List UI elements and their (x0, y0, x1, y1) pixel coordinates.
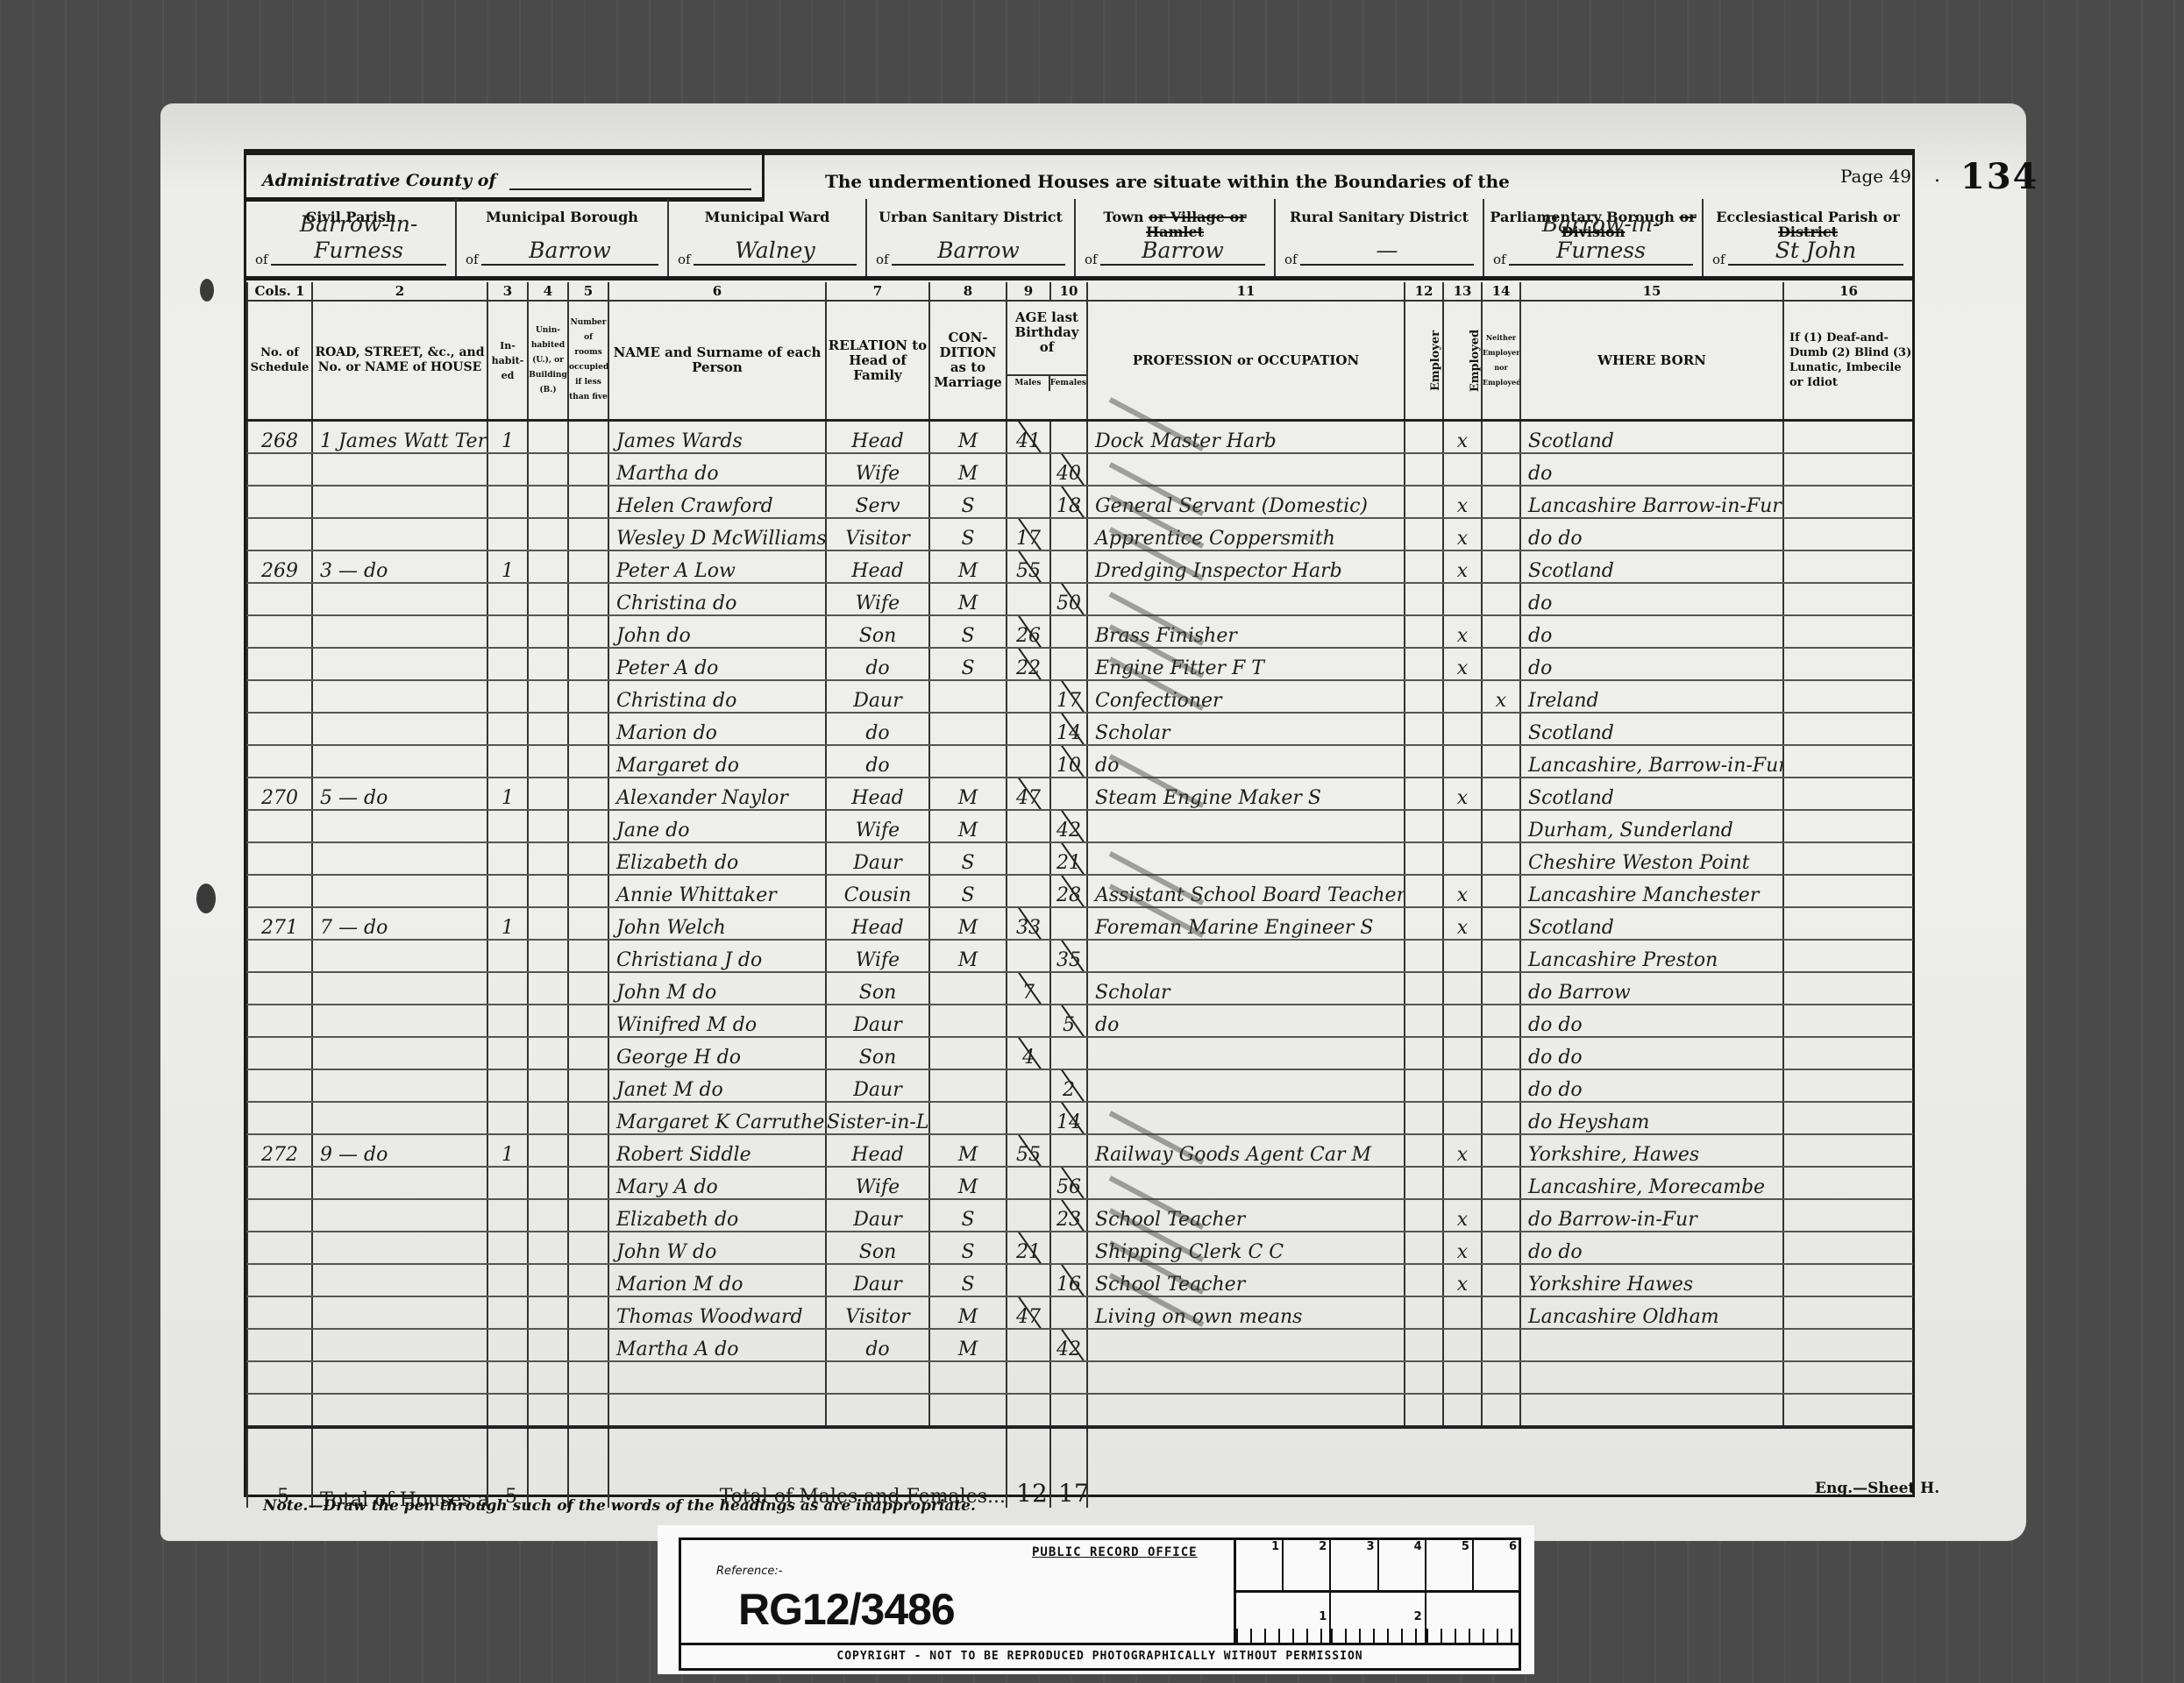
cell-relation: do (826, 745, 929, 778)
scale-mark: 6 (1474, 1540, 1521, 1590)
cell-condition: M (929, 940, 1007, 972)
cell-condition: M (929, 1329, 1007, 1361)
cell-schedule (247, 745, 312, 778)
cell-condition: M (929, 778, 1007, 810)
cell-inhabited (487, 518, 528, 550)
cell-employed: x (1443, 615, 1482, 648)
column-number: 13 (1443, 282, 1482, 301)
cell-neither (1482, 907, 1520, 940)
census-rows: 2681 James Watt Ter1James WardsHeadM41Do… (247, 421, 1913, 1428)
cell-employer (1405, 453, 1443, 486)
cell-condition: S (929, 1232, 1007, 1264)
area-value: Barrow-in-Furness (1509, 211, 1693, 266)
cell-schedule (247, 1264, 312, 1296)
cell-inhabited (487, 1102, 528, 1134)
table-row: Wesley D McWilliamsVisitorS17Apprentice … (247, 518, 1913, 550)
cell-schedule (247, 842, 312, 875)
cell-inhabited (487, 1037, 528, 1069)
cell-employer (1405, 518, 1443, 550)
cell-employer (1405, 486, 1443, 518)
cell-inhabited (487, 875, 528, 907)
cell-born: Lancashire Manchester (1520, 875, 1783, 907)
cell-condition: S (929, 518, 1007, 550)
cell-female-age: 17 (1050, 680, 1087, 713)
table-row: 2681 James Watt Ter1James WardsHeadM41Do… (247, 421, 1913, 454)
table-row: Martha A dodoM42 (247, 1329, 1913, 1361)
cell-employer (1405, 842, 1443, 875)
cell-condition: M (929, 453, 1007, 486)
cell-relation: Wife (826, 810, 929, 842)
table-row: Marion M doDaurS16School TeacherxYorkshi… (247, 1264, 1913, 1296)
cell-neither (1482, 875, 1520, 907)
cell-employed (1443, 745, 1482, 778)
cell-schedule (247, 1069, 312, 1102)
header-condition: CON-DITION as to Marriage (929, 301, 1007, 421)
cell-road (312, 842, 487, 875)
cell-condition (929, 680, 1007, 713)
cell-male-age: 26 (1007, 615, 1050, 648)
cell-name: Christiana J do (608, 940, 826, 972)
census-table: Cols. 12345678910111213141516 No. of Sch… (246, 282, 1913, 1508)
table-row: 2717 — do1John WelchHeadM33Foreman Marin… (247, 907, 1913, 940)
administrative-county: Administrative County of (246, 155, 765, 202)
cell-road (312, 648, 487, 680)
table-row: John W doSonS21Shipping Clerk C Cxdo do (247, 1232, 1913, 1264)
area-rural-sanitary-district: Rural Sanitary District of— (1276, 199, 1484, 276)
cell-born: Scotland (1520, 550, 1783, 583)
cell-neither (1482, 842, 1520, 875)
header-schedule: No. of Schedule (247, 301, 312, 421)
cell-employer (1405, 745, 1443, 778)
total-males-females-label: Total of Males and Females... (608, 1427, 1007, 1508)
cell-born: do do (1520, 1069, 1783, 1102)
cell-occupation: Steam Engine Maker S (1087, 778, 1405, 810)
cell-road (312, 615, 487, 648)
cell-female-age: 42 (1050, 1329, 1087, 1361)
cell-female-age (1050, 421, 1087, 454)
column-number: 3 (487, 282, 528, 301)
cell-born: Lancashire Barrow-in-Fur (1520, 486, 1783, 518)
cell-neither (1482, 1037, 1520, 1069)
cell-inhabited (487, 940, 528, 972)
cell-schedule (247, 1232, 312, 1264)
table-row: Janet M doDaur2do do (247, 1069, 1913, 1102)
cell-neither (1482, 615, 1520, 648)
column-numbers: Cols. 12345678910111213141516 (247, 282, 1913, 301)
cell-road (312, 972, 487, 1005)
column-number: 14 (1482, 282, 1520, 301)
cell-female-age: 21 (1050, 842, 1087, 875)
cell-male-age (1007, 842, 1050, 875)
header-neither: Neither Employer nor Employed (1482, 301, 1520, 421)
cell-female-age (1050, 1232, 1087, 1264)
cell-born: Lancashire, Morecambe (1520, 1167, 1783, 1199)
cell-employed: x (1443, 1264, 1482, 1296)
cell-born: Yorkshire, Hawes (1520, 1134, 1783, 1167)
table-row: John doSonS26Brass Finisherxdo (247, 615, 1913, 648)
cell-road (312, 1264, 487, 1296)
cell-inhabited (487, 1296, 528, 1329)
table-row: John M doSon7Scholardo Barrow (247, 972, 1913, 1005)
footnote: Note.—Draw the pen through such of the w… (263, 1497, 976, 1515)
header-age-label: AGE last Birthday of (1007, 310, 1086, 355)
cell-female-age (1050, 778, 1087, 810)
table-row: Elizabeth doDaurS21Cheshire Weston Point (247, 842, 1913, 875)
cell-employer (1405, 1134, 1443, 1167)
cell-name: Peter A do (608, 648, 826, 680)
cell-male-age: 55 (1007, 550, 1050, 583)
table-row: 2729 — do1Robert SiddleHeadM55Railway Go… (247, 1134, 1913, 1167)
header-age: AGE last Birthday of Males Females (1007, 301, 1087, 421)
cell-schedule: 272 (247, 1134, 312, 1167)
blank-row (247, 1394, 1913, 1427)
cell-employed (1443, 1329, 1482, 1361)
cell-employed (1443, 940, 1482, 972)
header-name: NAME and Surname of each Person (608, 301, 826, 421)
cell-condition: M (929, 907, 1007, 940)
cell-employer (1405, 940, 1443, 972)
cell-occupation: Living on own means (1087, 1296, 1405, 1329)
cell-occupation: Dredging Inspector Harb (1087, 550, 1405, 583)
cell-employer (1405, 1037, 1443, 1069)
cell-employer (1405, 1199, 1443, 1232)
cell-born: do Barrow (1520, 972, 1783, 1005)
column-number: 10 (1050, 282, 1087, 301)
cell-occupation (1087, 1069, 1405, 1102)
cell-inhabited (487, 1005, 528, 1037)
cell-neither (1482, 1264, 1520, 1296)
area-value: Barrow-in-Furness (271, 211, 446, 266)
cell-employer (1405, 1167, 1443, 1199)
cell-schedule: 268 (247, 421, 312, 454)
table-row: Marion dodo14ScholarScotland (247, 713, 1913, 745)
cell-inhabited (487, 1264, 528, 1296)
cell-schedule (247, 875, 312, 907)
cell-born: Cheshire Weston Point (1520, 842, 1783, 875)
cell-neither (1482, 648, 1520, 680)
cell-employer (1405, 778, 1443, 810)
cell-occupation: Railway Goods Agent Car M (1087, 1134, 1405, 1167)
column-number: 2 (312, 282, 487, 301)
cell-born: Lancashire, Barrow-in-Fur (1520, 745, 1783, 778)
cell-neither (1482, 1069, 1520, 1102)
cell-road (312, 518, 487, 550)
cell-male-age: 4 (1007, 1037, 1050, 1069)
cell-male-age (1007, 810, 1050, 842)
column-number: 4 (528, 282, 568, 301)
area-headers: Civil Parish ofBarrow-in-FurnessMunicipa… (246, 199, 1912, 280)
cell-relation: Head (826, 778, 929, 810)
cell-employed: x (1443, 518, 1482, 550)
cell-male-age: 7 (1007, 972, 1050, 1005)
column-number: 11 (1087, 282, 1405, 301)
cell-inhabited (487, 810, 528, 842)
header-infirmity: If (1) Deaf-and-Dumb (2) Blind (3) Lunat… (1783, 301, 1913, 421)
cell-name: John W do (608, 1232, 826, 1264)
cell-female-age: 35 (1050, 940, 1087, 972)
cell-inhabited (487, 1199, 528, 1232)
cell-schedule (247, 1005, 312, 1037)
cell-schedule (247, 518, 312, 550)
cell-born: do do (1520, 518, 1783, 550)
area-parliamentary-borough: Parliamentary Borough or DivisionofBarro… (1484, 199, 1704, 276)
cell-born: do (1520, 615, 1783, 648)
cell-schedule: 269 (247, 550, 312, 583)
cell-employed: x (1443, 486, 1482, 518)
cell-condition: M (929, 583, 1007, 615)
cell-road (312, 810, 487, 842)
cell-schedule (247, 680, 312, 713)
cell-employed (1443, 583, 1482, 615)
cell-born: Durham, Sunderland (1520, 810, 1783, 842)
cell-born: do (1520, 583, 1783, 615)
cell-road (312, 1296, 487, 1329)
cell-inhabited (487, 745, 528, 778)
cell-male-age: 47 (1007, 1296, 1050, 1329)
cell-neither (1482, 1199, 1520, 1232)
cell-male-age: 55 (1007, 1134, 1050, 1167)
cell-schedule: 270 (247, 778, 312, 810)
cell-schedule (247, 972, 312, 1005)
cell-employer (1405, 972, 1443, 1005)
cell-female-age: 42 (1050, 810, 1087, 842)
cell-employer (1405, 1232, 1443, 1264)
cell-schedule (247, 648, 312, 680)
cell-inhabited (487, 1167, 528, 1199)
area-town: Town or Village or HamletofBarrow (1076, 199, 1276, 276)
record-office-title: PUBLIC RECORD OFFICE (1032, 1545, 1198, 1559)
cell-female-age: 2 (1050, 1069, 1087, 1102)
cell-name: Jane do (608, 810, 826, 842)
cell-neither: x (1482, 680, 1520, 713)
table-row: Elizabeth doDaurS23School Teacherxdo Bar… (247, 1199, 1913, 1232)
scale-mark (1426, 1593, 1521, 1643)
cell-condition: S (929, 1199, 1007, 1232)
cell-schedule (247, 1199, 312, 1232)
cell-inhabited: 1 (487, 907, 528, 940)
cell-female-age: 14 (1050, 1102, 1087, 1134)
cell-relation: Daur (826, 842, 929, 875)
cell-condition (929, 1037, 1007, 1069)
cell-born: Yorkshire Hawes (1520, 1264, 1783, 1296)
cell-female-age: 18 (1050, 486, 1087, 518)
cell-name: Elizabeth do (608, 842, 826, 875)
cell-condition (929, 713, 1007, 745)
cell-male-age (1007, 713, 1050, 745)
cell-condition: S (929, 648, 1007, 680)
cell-inhabited (487, 1329, 528, 1361)
cell-neither (1482, 550, 1520, 583)
cell-relation: Serv (826, 486, 929, 518)
area-value: — (1300, 238, 1474, 266)
cell-neither (1482, 1232, 1520, 1264)
cell-road (312, 1037, 487, 1069)
cell-employer (1405, 680, 1443, 713)
cell-relation: Visitor (826, 518, 929, 550)
cell-road (312, 486, 487, 518)
cell-relation: do (826, 713, 929, 745)
cell-male-age (1007, 680, 1050, 713)
cell-name: George H do (608, 1037, 826, 1069)
cell-female-age (1050, 550, 1087, 583)
header-where-born: WHERE BORN (1520, 301, 1783, 421)
area-civil-parish: Civil Parish ofBarrow-in-Furness (246, 199, 457, 276)
reference-slip: PUBLIC RECORD OFFICE Reference:- RG12/34… (658, 1525, 1534, 1674)
area-value: St John (1728, 238, 1903, 266)
cell-employed (1443, 1167, 1482, 1199)
cell-condition (929, 972, 1007, 1005)
cell-born: do Heysham (1520, 1102, 1783, 1134)
cell-occupation: do (1087, 1005, 1405, 1037)
cell-male-age (1007, 1329, 1050, 1361)
cell-name: Annie Whittaker (608, 875, 826, 907)
cell-born: Scotland (1520, 713, 1783, 745)
cell-female-age: 28 (1050, 875, 1087, 907)
cell-schedule (247, 486, 312, 518)
cell-schedule (247, 1329, 312, 1361)
cell-relation: Son (826, 972, 929, 1005)
cell-neither (1482, 1134, 1520, 1167)
cell-schedule (247, 1102, 312, 1134)
cell-male-age (1007, 486, 1050, 518)
cell-relation: Head (826, 421, 929, 454)
cell-road (312, 745, 487, 778)
punch-hole (196, 884, 216, 913)
cell-road: 1 James Watt Ter (312, 421, 487, 454)
cell-female-age (1050, 1296, 1087, 1329)
cell-employed: x (1443, 907, 1482, 940)
table-row: Annie WhittakerCousinS28Assistant School… (247, 875, 1913, 907)
table-row: Margaret K CarruthersSister-in-Law14do H… (247, 1102, 1913, 1134)
total-males: 12 (1007, 1427, 1050, 1508)
area-value: Barrow (1100, 238, 1265, 266)
cell-born: Ireland (1520, 680, 1783, 713)
cell-name: Alexander Naylor (608, 778, 826, 810)
cell-born: do do (1520, 1005, 1783, 1037)
column-number: 7 (826, 282, 929, 301)
cell-inhabited (487, 486, 528, 518)
cell-neither (1482, 1167, 1520, 1199)
header-inhabited: In-habit-ed (487, 301, 528, 421)
table-row: Christina doWifeM50do (247, 583, 1913, 615)
cell-relation: do (826, 648, 929, 680)
cell-employer (1405, 1069, 1443, 1102)
cell-neither (1482, 1102, 1520, 1134)
column-number: 16 (1783, 282, 1913, 301)
column-number: Cols. 1 (247, 282, 312, 301)
cell-condition: S (929, 875, 1007, 907)
area-ecclesiastical-parish-or: Ecclesiastical Parish or DistrictofSt Jo… (1704, 199, 1912, 276)
cell-employed: x (1443, 875, 1482, 907)
reference-code: RG12/3486 (738, 1584, 955, 1635)
table-row: Helen CrawfordServS18General Servant (Do… (247, 486, 1913, 518)
cell-male-age (1007, 875, 1050, 907)
cell-condition: S (929, 1264, 1007, 1296)
cell-schedule (247, 1037, 312, 1069)
cell-inhabited (487, 680, 528, 713)
cell-road (312, 1005, 487, 1037)
cell-inhabited: 1 (487, 1134, 528, 1167)
cell-condition: S (929, 486, 1007, 518)
cell-neither (1482, 745, 1520, 778)
cell-relation: Son (826, 1232, 929, 1264)
cell-female-age (1050, 1134, 1087, 1167)
cell-male-age (1007, 583, 1050, 615)
cell-neither (1482, 421, 1520, 454)
cell-inhabited (487, 648, 528, 680)
scale-mark: 1 (1236, 1540, 1284, 1590)
column-number: 5 (568, 282, 608, 301)
cell-schedule (247, 810, 312, 842)
cell-male-age: 21 (1007, 1232, 1050, 1264)
cell-neither (1482, 1329, 1520, 1361)
cell-condition: S (929, 842, 1007, 875)
cell-neither (1482, 1005, 1520, 1037)
column-number: 6 (608, 282, 826, 301)
cell-neither (1482, 810, 1520, 842)
cell-relation: Daur (826, 680, 929, 713)
cell-male-age (1007, 1199, 1050, 1232)
reference-label: Reference:- (716, 1565, 782, 1578)
cell-relation: Son (826, 615, 929, 648)
cell-relation: Head (826, 907, 929, 940)
cell-occupation (1087, 810, 1405, 842)
cell-employer (1405, 1329, 1443, 1361)
cell-name: Martha A do (608, 1329, 826, 1361)
cell-employed: x (1443, 1232, 1482, 1264)
cell-relation: Sister-in-Law (826, 1102, 929, 1134)
cell-name: Peter A Low (608, 550, 826, 583)
cell-born: do (1520, 648, 1783, 680)
cell-male-age (1007, 1167, 1050, 1199)
cell-condition: M (929, 1296, 1007, 1329)
cell-condition: M (929, 810, 1007, 842)
table-row: Mary A doWifeM56Lancashire, Morecambe (247, 1167, 1913, 1199)
total-houses-label: Total of Houses and of Tenements with le… (312, 1427, 487, 1508)
cell-occupation: Dock Master Harb (1087, 421, 1405, 454)
cell-employer (1405, 583, 1443, 615)
column-number: 8 (929, 282, 1007, 301)
cell-condition: M (929, 550, 1007, 583)
cell-name: Helen Crawford (608, 486, 826, 518)
cell-relation: Daur (826, 1069, 929, 1102)
header-rooms: Number of rooms occupied if less than fi… (568, 301, 608, 421)
header-females: Females (1049, 376, 1086, 391)
cell-schedule (247, 453, 312, 486)
cell-road (312, 1167, 487, 1199)
cell-relation: Head (826, 550, 929, 583)
cell-road (312, 583, 487, 615)
column-headers: No. of Schedule ROAD, STREET, &c., and N… (247, 301, 1913, 421)
cell-name: John M do (608, 972, 826, 1005)
cell-employed (1443, 1037, 1482, 1069)
cell-employer (1405, 1102, 1443, 1134)
cell-employer (1405, 907, 1443, 940)
cell-relation: Daur (826, 1264, 929, 1296)
cell-condition (929, 745, 1007, 778)
column-number: 9 (1007, 282, 1050, 301)
cell-relation: Wife (826, 1167, 929, 1199)
cell-employed (1443, 1102, 1482, 1134)
folio-number: 134 (1960, 156, 2039, 197)
cell-inhabited (487, 1069, 528, 1102)
cell-name: Margaret do (608, 745, 826, 778)
column-number: 15 (1520, 282, 1783, 301)
table-row: Christiana J doWifeM35Lancashire Preston (247, 940, 1913, 972)
cell-born: do do (1520, 1232, 1783, 1264)
sheet-label: Eng.—Sheet H. (1815, 1480, 1939, 1497)
cell-road (312, 1232, 487, 1264)
